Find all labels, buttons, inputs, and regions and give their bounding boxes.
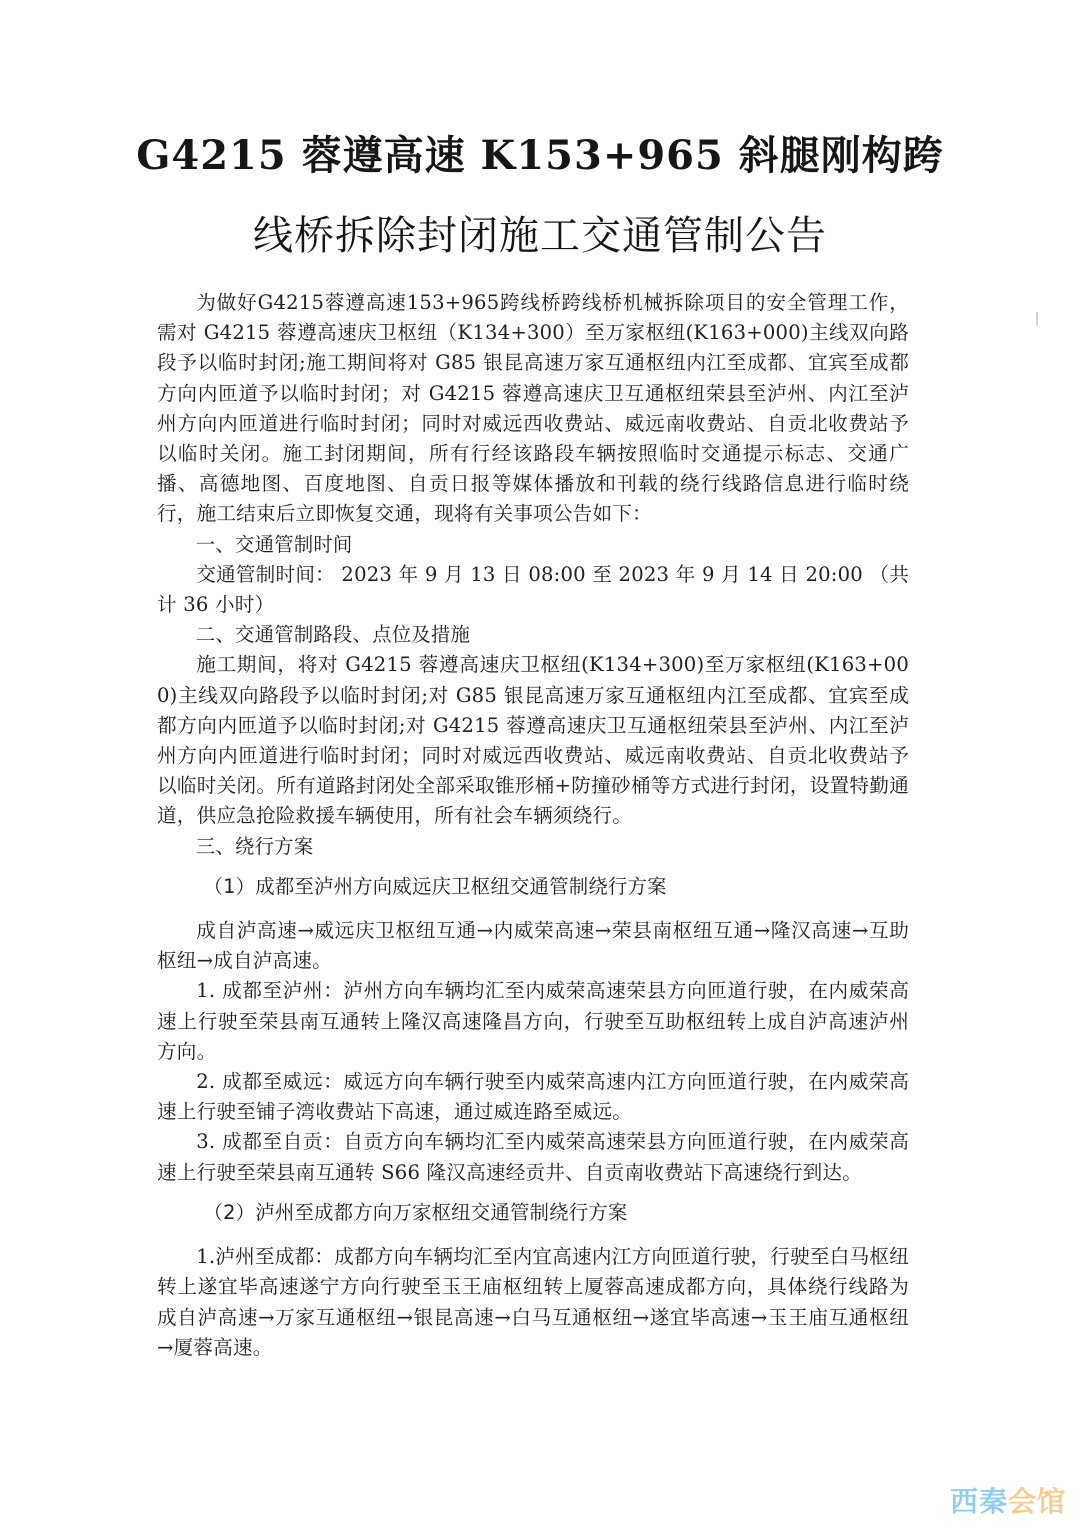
intro-paragraph: 为做好G4215蓉遵高速153+965跨线桥跨线桥机械拆除项目的安全管理工作，需… <box>157 288 909 530</box>
spacer <box>157 1228 909 1242</box>
detour-plan-1-item-1: 1. 成都至泸州：泸州方向车辆均汇至内威荣高速荣县方向匝道行驶，在内威荣高速上行… <box>157 976 909 1067</box>
document-body: 为做好G4215蓉遵高速153+965跨线桥跨线桥机械拆除项目的安全管理工作，需… <box>157 288 909 1363</box>
spacer <box>157 1188 909 1198</box>
watermark-part-2: 会馆 <box>1008 1485 1066 1518</box>
document-title-line-1: G4215 蓉遵高速 K153+965 斜腿刚构跨 <box>0 124 1080 181</box>
spacer <box>157 902 909 916</box>
watermark-logo: 西秦会馆 <box>950 1480 1066 1520</box>
section-3-heading: 三、绕行方案 <box>157 832 909 862</box>
section-1-body: 交通管制时间： 2023 年 9 月 13 日 08:00 至 2023 年 9… <box>157 560 909 620</box>
document-page: G4215 蓉遵高速 K153+965 斜腿刚构跨 线桥拆除封闭施工交通管制公告… <box>0 0 1080 1528</box>
watermark-part-1: 西秦 <box>950 1485 1008 1518</box>
detour-plan-1-heading: （1）成都至泸州方向威远庆卫枢纽交通管制绕行方案 <box>157 872 909 902</box>
detour-plan-2-heading: （2）泸州至成都方向万家枢纽交通管制绕行方案 <box>157 1198 909 1228</box>
detour-plan-2-item-1: 1.泸州至成都：成都方向车辆均汇至内宜高速内江方向匝道行驶，行驶至白马枢纽转上遂… <box>157 1242 909 1363</box>
detour-plan-1-item-3: 3. 成都至自贡：自贡方向车辆均汇至内威荣高速荣县方向匝道行驶，在内威荣高速上行… <box>157 1127 909 1187</box>
section-2-body: 施工期间，将对 G4215 蓉遵高速庆卫枢纽(K134+300)至万家枢纽(K1… <box>157 650 909 831</box>
detour-plan-1-route: 成自泸高速→威远庆卫枢纽互通→内威荣高速→荣县南枢纽互通→隆汉高速→互助枢纽→成… <box>157 916 909 976</box>
detour-plan-1-item-2: 2. 成都至威远：威远方向车辆行驶至内威荣高速内江方向匝道行驶，在内威荣高速上行… <box>157 1067 909 1127</box>
scan-artifact-mark <box>1036 312 1038 326</box>
document-title-line-2: 线桥拆除封闭施工交通管制公告 <box>0 204 1080 261</box>
section-1-heading: 一、交通管制时间 <box>157 530 909 560</box>
spacer <box>157 862 909 872</box>
section-2-heading: 二、交通管制路段、点位及措施 <box>157 620 909 650</box>
